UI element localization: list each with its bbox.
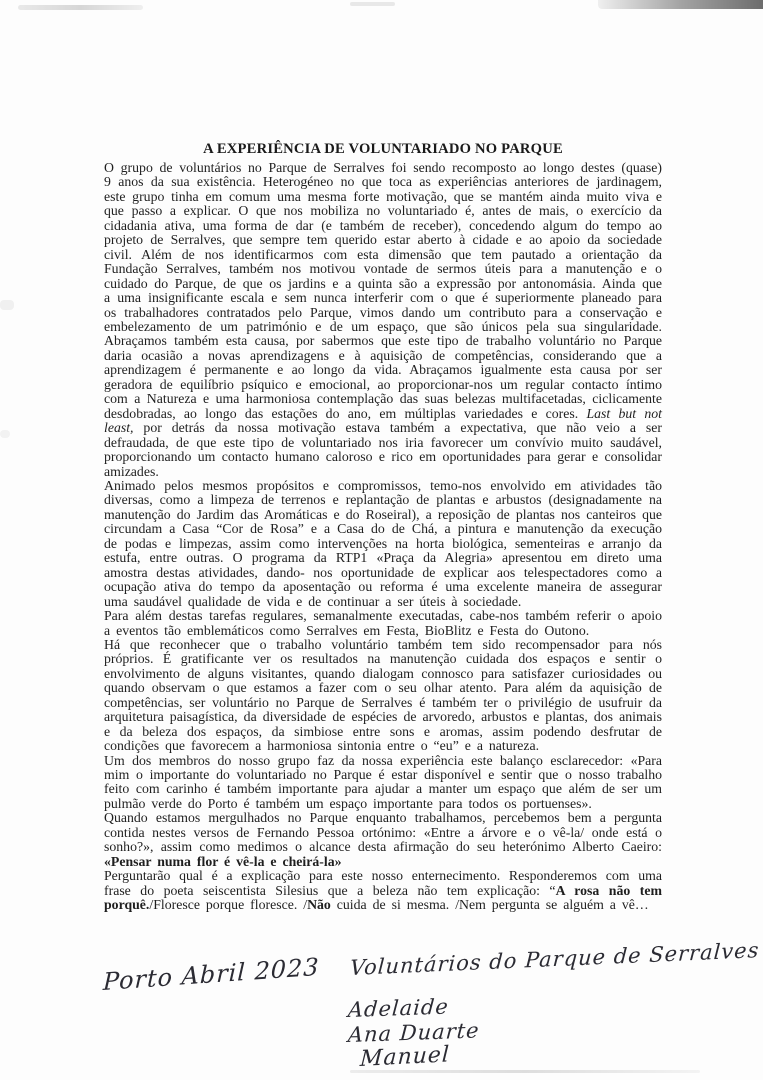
scan-artifact [598,0,763,9]
handwritten-signature: Ana Duarte [347,1018,480,1047]
text-run-bold: «Pensar numa flor é vê-la e cheirá-la» [104,854,342,869]
text-run: Animado pelos mesmos propósitos e compro… [104,478,662,609]
scanned-page: A EXPERIÊNCIA DE VOLUNTARIADO NO PARQUE … [0,0,763,1080]
paragraph-4: Há que reconhecer que o trabalho voluntá… [104,638,662,754]
handwritten-group-signature: Voluntários do Parque de Serralves [349,938,760,980]
paragraph-5: Um dos membros do nosso grupo faz da nos… [104,754,662,812]
scan-artifact [0,430,10,438]
paragraph-1: O grupo de voluntários no Parque de Serr… [104,161,662,479]
text-run: Há que reconhecer que o trabalho voluntá… [104,637,662,753]
document-title: A EXPERIÊNCIA DE VOLUNTARIADO NO PARQUE [104,141,662,158]
text-run: /Floresce porque floresce. / [149,897,307,912]
text-run: Quando estamos mergulhados no Parque enq… [104,810,662,854]
handwritten-signature: Adelaide [347,994,449,1022]
text-run: O grupo de voluntários no Parque de Serr… [104,160,662,421]
document-body: A EXPERIÊNCIA DE VOLUNTARIADO NO PARQUE … [104,141,662,913]
text-run: Um dos membros do nosso grupo faz da nos… [104,753,662,811]
scan-artifact [350,1070,700,1073]
paragraph-3: Para além destas tarefas regulares, sema… [104,609,662,638]
text-run: Para além destas tarefas regulares, sema… [104,608,662,637]
handwritten-place-date: Porto Abril 2023 [103,953,321,996]
scan-artifact [18,5,143,10]
scan-artifact [350,2,395,6]
paragraph-2: Animado pelos mesmos propósitos e compro… [104,479,662,609]
paragraph-6: Quando estamos mergulhados no Parque enq… [104,811,662,869]
handwritten-signature: Manuel [359,1042,450,1072]
paragraph-7: Perguntarão qual é a explicação para est… [104,869,662,912]
text-run-bold: Não [307,897,331,912]
scan-artifact [0,300,14,310]
text-run: cuida de si mesma. /Nem pergunta se algu… [331,897,649,912]
text-run: por detrás da nossa motivação estava tam… [104,420,662,478]
